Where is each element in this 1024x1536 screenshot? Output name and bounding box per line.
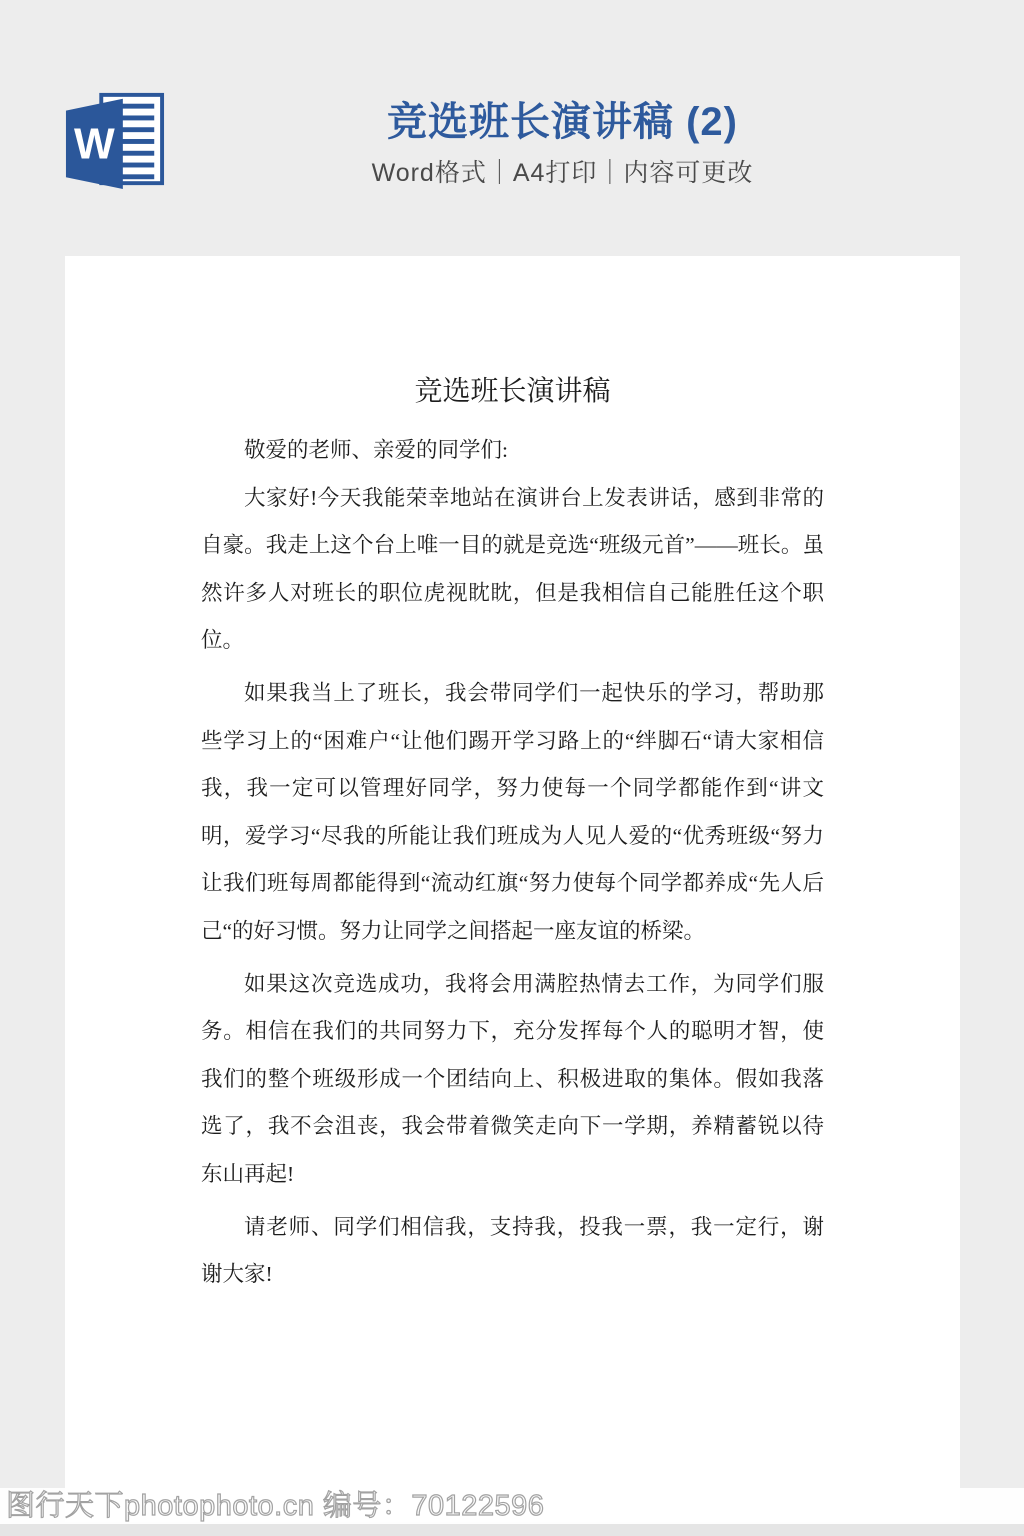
- word-logo-icon: W: [64, 88, 166, 192]
- page-subtitle: Word格式｜A4打印｜内容可更改: [165, 158, 960, 188]
- document-paragraph: 如果这次竞选成功，我将会用满腔热情去工作，为同学们服务。相信在我们的共同努力下，…: [201, 961, 824, 1199]
- bottom-strip: [0, 1524, 1024, 1536]
- document-title: 竞选班长演讲稿: [201, 375, 824, 409]
- watermark-text: 图行天下photophoto.cn 编号：70122596: [6, 1489, 544, 1523]
- document-paragraph: 如果我当上了班长，我会带同学们一起快乐的学习，帮助那些学习上的“困难户“让他们踢…: [201, 670, 824, 956]
- document-salutation: 敬爱的老师、亲爱的同学们:: [201, 427, 824, 475]
- document-body: 大家好!今天我能荣幸地站在演讲台上发表讲话，感到非常的自豪。我走上这个台上唯一目…: [201, 475, 824, 1299]
- document-page: 竞选班长演讲稿 敬爱的老师、亲爱的同学们: 大家好!今天我能荣幸地站在演讲台上发…: [65, 256, 960, 1522]
- watermark-bar: 图行天下photophoto.cn 编号：70122596: [0, 1488, 1024, 1524]
- svg-text:W: W: [74, 121, 115, 169]
- document-paragraph: 请老师、同学们相信我，支持我，投我一票，我一定行，谢谢大家!: [201, 1204, 824, 1299]
- header-text-block: 竞选班长演讲稿 (2) Word格式｜A4打印｜内容可更改: [165, 98, 960, 188]
- document-paragraph: 大家好!今天我能荣幸地站在演讲台上发表讲话，感到非常的自豪。我走上这个台上唯一目…: [201, 475, 824, 665]
- page-title: 竞选班长演讲稿 (2): [165, 98, 960, 146]
